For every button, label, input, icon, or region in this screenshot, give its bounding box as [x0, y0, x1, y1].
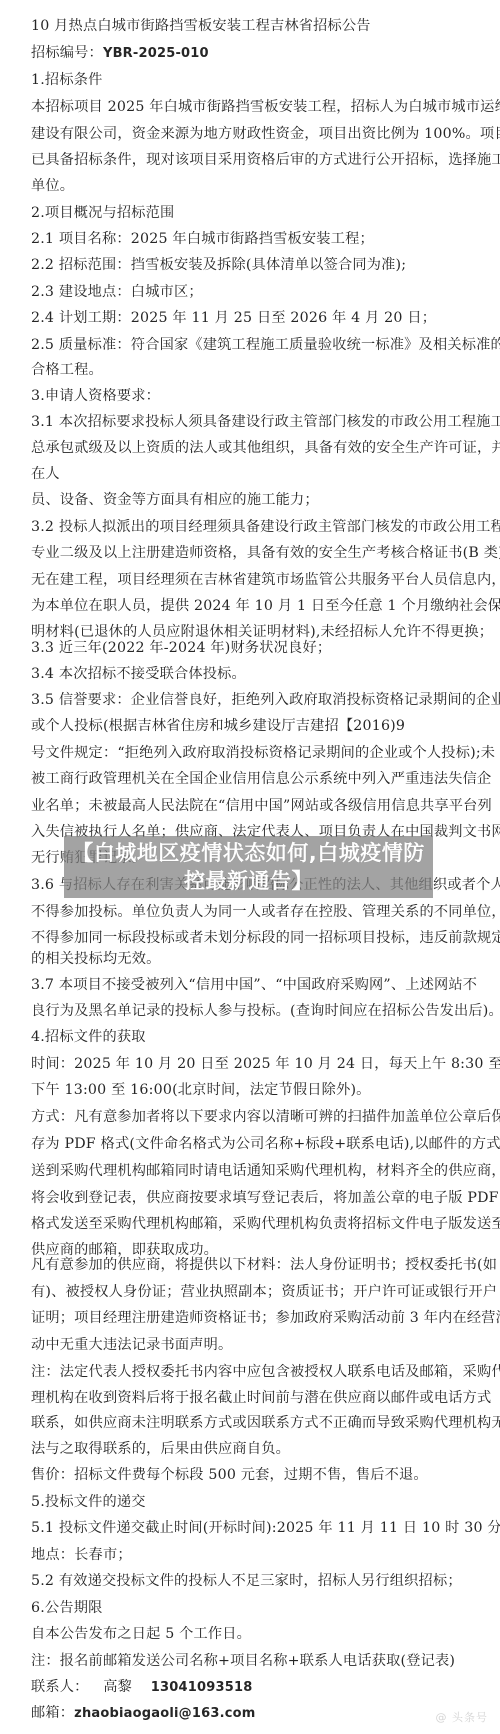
section-5-line: 5.1 投标文件递交截止时间(开标时间):2025 年 11 月 11 日 10…: [31, 1519, 471, 1537]
contact-phone: 13041093518: [151, 1680, 253, 1695]
section-4-line: 有)、被授权人身份证；营业执照副本；资质证书；开户许可证或银行开户: [31, 1283, 471, 1301]
section-3-line: 3.7 本项目不接受被列入“信用中国”、“中国政府采购网”、上述网站不: [31, 976, 471, 994]
section-3-line: 3.5 信誉要求：企业信誉良好，拒绝列入政府取消投标资格记录期间的企业: [31, 691, 471, 709]
section-3-line: 业名单；未被最高人民法院在“信用中国”网站或各级信用信息共享平台列: [31, 797, 471, 815]
section-3-heading: 3.申请人资格要求：: [31, 387, 471, 405]
overlay-banner-text: 【白城地区疫情状态如何,白城疫情防控最新通告】: [64, 836, 433, 895]
bid-number-label: 招标编号：: [31, 45, 103, 61]
section-2-item: 合格工程。: [31, 361, 471, 379]
section-4-line: 凡有意参加的供应商，将提供以下材料：法人身份证明书；授权委托书(如: [31, 1256, 471, 1274]
document-title: 10 月热点白城市街路挡雪板安装工程吉林省招标公告: [31, 17, 471, 35]
bid-number-row: 招标编号：YBR-2025-010: [31, 44, 471, 63]
section-3-line: 总承包贰级及以上资质的法人或其他组织，具备有效的安全生产许可证，并: [31, 439, 471, 457]
section-2-item: 2.1 项目名称：2025 年白城市街路挡雪板安装工程；: [31, 230, 471, 248]
section-3-line: 或个人投标(根据吉林省住房和城乡建设厅吉建招【2016)9: [31, 717, 471, 735]
section-3-line: 3.3 近三年(2022 年-2024 年)财务状况良好；: [31, 639, 471, 657]
email-label: 邮箱：: [31, 1705, 74, 1721]
section-2-item: 2.2 招标范围：挡雪板安装及拆除(具体清单以签合同为准);: [31, 256, 471, 274]
section-3-line: 为本单位在职人员，提供 2024 年 10 月 1 日至今任意 1 个月缴纳社会…: [31, 597, 471, 615]
section-3-line: 无在建工程，项目经理须在吉林省建筑市场监管公共服务平台人员信息内，: [31, 571, 471, 589]
section-5-line: 地点：长春市；: [31, 1546, 471, 1564]
section-4-line: 存为 PDF 格式(文件命名格式为公司名称+标段+联系电话),以邮件的方式发: [31, 1135, 471, 1153]
section-5-line: 5.2 有效递交投标文件的投标人不足三家时，招标人另行组织招标；: [31, 1572, 471, 1590]
section-3-line: 3.2 投标人拟派出的项目经理须具备建设行政主管部门核发的市政公用工程: [31, 518, 471, 536]
section-1-line: 本招标项目 2025 年白城市街路挡雪板安装工程，招标人为白城市城市运维: [31, 98, 471, 116]
section-1-line: 建设有限公司，资金来源为地方财政性资金，项目出资比例为 100%。项目: [31, 125, 471, 143]
section-4-line: 证明；项目经理注册建造师资格证书；参加政府采购活动前 3 年内在经营活: [31, 1309, 471, 1327]
section-1-line: 已具备招标条件，现对该项目采用资格后审的方式进行公开招标，选择施工: [31, 151, 471, 169]
section-2-item: 2.4 计划工期：2025 年 11 月 25 日至 2026 年 4 月 20…: [31, 309, 471, 327]
section-4-line: 联系，如供应商未注明联系方式或因联系方式不正确而导致采购代理机构无: [31, 1414, 471, 1432]
section-6-heading: 6.公告期限: [31, 1599, 471, 1617]
tender-announcement-document: 10 月热点白城市街路挡雪板安装工程吉林省招标公告 招标编号：YBR-2025-…: [0, 0, 500, 1734]
contact-row: 联系人： 高黎 13041093518: [31, 1678, 471, 1697]
section-3-line: 良行为及黑名单记录的投标人参与投标。(查询时间应在招标公告发出后)。: [31, 1002, 471, 1020]
section-4-line: 下午 13:00 至 16:00(北京时间，法定节假日除外)。: [31, 1081, 471, 1099]
watermark: @ 头条号: [436, 1709, 489, 1725]
section-4-line: 动中无重大违法记录书面声明。: [31, 1336, 471, 1354]
bid-number-value: YBR-2025-010: [103, 46, 209, 61]
section-4-line: 法与之取得联系的，后果由供应商自负。: [31, 1440, 471, 1458]
section-3-line: 专业二级及以上注册建造师资格，具备有效的安全生产考核合格证书(B 类),: [31, 544, 471, 562]
contact-label: 联系人：: [31, 1679, 89, 1695]
section-3-line: 被工商行政管理机关在全国企业信用信息公示系统中列入严重违法失信企: [31, 770, 471, 788]
section-4-line: 注：法定代表人授权委托书内容中应包含被授权人联系电话及邮箱，采购代: [31, 1363, 471, 1381]
section-4-line: 格式发送至采购代理机构邮箱，采购代理机构负责将招标文件电子版发送至: [31, 1215, 471, 1233]
section-3-line: 在人: [31, 465, 471, 483]
section-3-line: 3.4 本次招标不接受联合体投标。: [31, 665, 471, 683]
section-4-line: 将会收到登记表，供应商按要求填写登记表后，将加盖公章的电子版 PDF: [31, 1189, 471, 1207]
section-3-line: 员、设备、资金等方面具有相应的施工能力；: [31, 491, 471, 509]
section-4-line: 方式：凡有意参加者将以下要求内容以清晰可辨的扫描件加盖单位公章后保: [31, 1108, 471, 1126]
section-6-line: 自本公告发布之日起 5 个工作日。: [31, 1625, 471, 1643]
section-1-heading: 1.招标条件: [31, 71, 471, 89]
news-title-overlay-banner: 【白城地区疫情状态如何,白城疫情防控最新通告】: [64, 836, 433, 898]
section-3-line: 3.1 本次招标要求投标人须具备建设行政主管部门核发的市政公用工程施工: [31, 413, 471, 431]
section-4-line: 理机构在收到资料后将于报名截止时间前与潜在供应商以邮件或电话方式: [31, 1389, 471, 1407]
section-6-line: 注：报名前邮箱发送公司名称+项目名称+联系人电话获取(登记表): [31, 1652, 471, 1670]
section-2-heading: 2.项目概况与招标范围: [31, 204, 471, 222]
section-1-line: 单位。: [31, 177, 471, 195]
contact-name: 高黎: [103, 1679, 132, 1695]
section-2-item: 2.5 质量标准：符合国家《建筑工程施工质量验收统一标准》及相关标准的: [31, 336, 471, 354]
section-4-line: 送到采购代理机构邮箱同时请电话通知采购代理机构，材料齐全的供应商，: [31, 1162, 471, 1180]
section-3-line: 不得参加同一标段投标或者未划分标段的同一招标项目投标，违反前款规定: [31, 929, 471, 947]
email-row: 邮箱：zhaobiaogaoli@163.com: [31, 1704, 471, 1723]
section-4-heading: 4.招标文件的获取: [31, 1028, 471, 1046]
section-3-line: 不得参加投标。单位负责人为同一人或者存在控股、管理关系的不同单位，: [31, 903, 471, 921]
section-2-item: 2.3 建设地点：白城市区；: [31, 283, 471, 301]
section-3-line: 号文件规定：“拒绝列入政府取消投标资格记录期间的企业或个人投标);未: [31, 744, 471, 762]
section-3-line: 的相关投标均无效。: [31, 950, 471, 968]
section-4-line: 售价：招标文件费每个标段 500 元套，过期不售，售后不退。: [31, 1466, 471, 1484]
section-5-heading: 5.投标文件的递交: [31, 1493, 471, 1511]
email-value: zhaobiaogaoli@163.com: [74, 1706, 255, 1721]
section-4-line: 时间：2025 年 10 月 20 日至 2025 年 10 月 24 日，每天…: [31, 1055, 471, 1073]
